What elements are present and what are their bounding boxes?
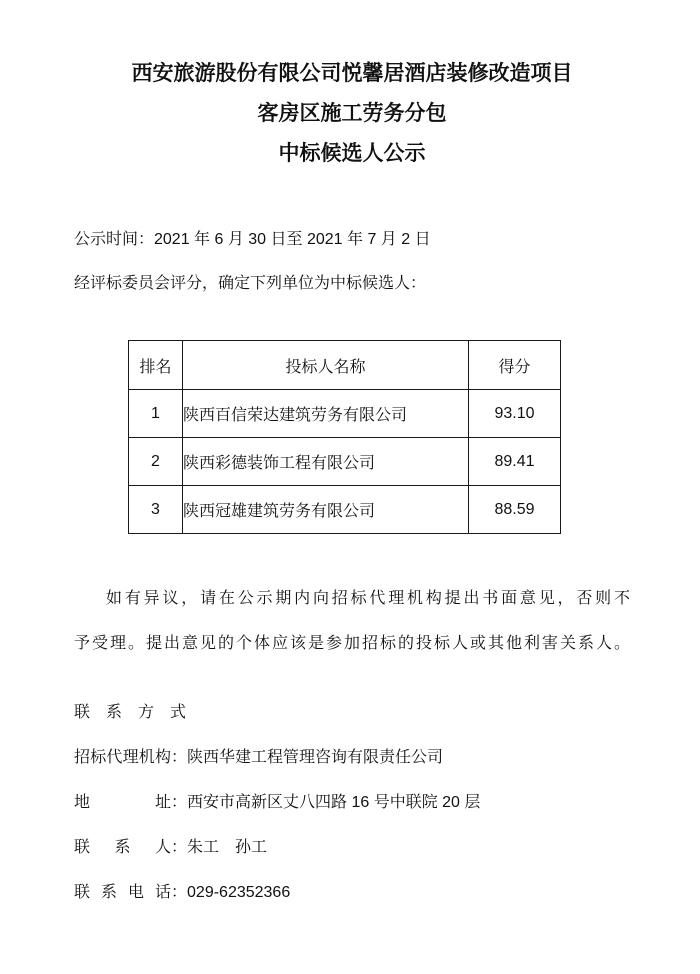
- contact-label-agency: 招标代理机构: [74, 735, 171, 780]
- document-title: 西安旅游股份有限公司悦馨居酒店装修改造项目 客房区施工劳务分包 中标候选人公示: [74, 54, 630, 174]
- score-cell: 93.10: [469, 390, 561, 438]
- contact-line-agency: 招标代理机构：陕西华建工程管理咨询有限责任公司: [74, 735, 630, 780]
- contact-line-person: 联系人：朱工 孙工: [74, 825, 630, 870]
- score-cell: 88.59: [469, 486, 561, 534]
- contact-line-address: 地址：西安市高新区丈八四路 16 号中联院 20 层: [74, 780, 630, 825]
- contact-value-phone: 029-62352366: [187, 884, 290, 901]
- bidder-name-cell: 陕西百信荣达建筑劳务有限公司: [183, 390, 469, 438]
- title-line-3: 中标候选人公示: [74, 134, 630, 174]
- intro-section: 公示时间：2021 年 6 月 30 日至 2021 年 7 月 2 日 经评标…: [74, 218, 630, 306]
- evaluation-note-text: 经评标委员会评分，确定下列单位为中标候选人：: [74, 262, 630, 306]
- header-score: 得分: [469, 341, 561, 390]
- objection-line-2: 予受理。提出意见的个体应该是参加招标的投标人或其他利害关系人。: [74, 621, 630, 666]
- rank-cell: 2: [129, 438, 183, 486]
- title-line-1: 西安旅游股份有限公司悦馨居酒店装修改造项目: [74, 54, 630, 94]
- contact-colon: ：: [171, 870, 187, 915]
- title-line-2: 客房区施工劳务分包: [74, 94, 630, 134]
- publicity-period-text: 公示时间：2021 年 6 月 30 日至 2021 年 7 月 2 日: [74, 218, 630, 262]
- rank-cell: 3: [129, 486, 183, 534]
- objection-paragraph: 如有异议，请在公示期内向招标代理机构提出书面意见，否则不 予受理。提出意见的个体…: [74, 576, 630, 666]
- header-bidder-name: 投标人名称: [183, 341, 469, 390]
- table-row: 1 陕西百信荣达建筑劳务有限公司 93.10: [129, 390, 561, 438]
- document-page: 西安旅游股份有限公司悦馨居酒店装修改造项目 客房区施工劳务分包 中标候选人公示 …: [0, 0, 700, 974]
- table-row: 3 陕西冠雄建筑劳务有限公司 88.59: [129, 486, 561, 534]
- contact-label-address: 地址: [74, 780, 171, 825]
- bidder-name-cell: 陕西冠雄建筑劳务有限公司: [183, 486, 469, 534]
- candidates-table: 排名 投标人名称 得分 1 陕西百信荣达建筑劳务有限公司 93.10 2 陕西彩…: [128, 340, 561, 534]
- contact-section: 联 系 方 式 招标代理机构：陕西华建工程管理咨询有限责任公司 地址：西安市高新…: [74, 690, 630, 915]
- table-header-row: 排名 投标人名称 得分: [129, 341, 561, 390]
- contact-label-phone: 联系电话: [74, 870, 171, 915]
- contact-colon: ：: [171, 825, 187, 870]
- score-cell: 89.41: [469, 438, 561, 486]
- contact-value-person: 朱工 孙工: [187, 839, 267, 856]
- contact-line-phone: 联系电话：029-62352366: [74, 870, 630, 915]
- contact-value-address: 西安市高新区丈八四路 16 号中联院 20 层: [187, 794, 480, 811]
- table-row: 2 陕西彩德装饰工程有限公司 89.41: [129, 438, 561, 486]
- header-rank: 排名: [129, 341, 183, 390]
- contact-colon: ：: [171, 735, 187, 780]
- contact-heading: 联 系 方 式: [74, 690, 630, 735]
- contact-colon: ：: [171, 780, 187, 825]
- objection-line-1: 如有异议，请在公示期内向招标代理机构提出书面意见，否则不: [74, 576, 630, 621]
- contact-label-person: 联系人: [74, 825, 171, 870]
- contact-value-agency: 陕西华建工程管理咨询有限责任公司: [187, 749, 443, 766]
- rank-cell: 1: [129, 390, 183, 438]
- bidder-name-cell: 陕西彩德装饰工程有限公司: [183, 438, 469, 486]
